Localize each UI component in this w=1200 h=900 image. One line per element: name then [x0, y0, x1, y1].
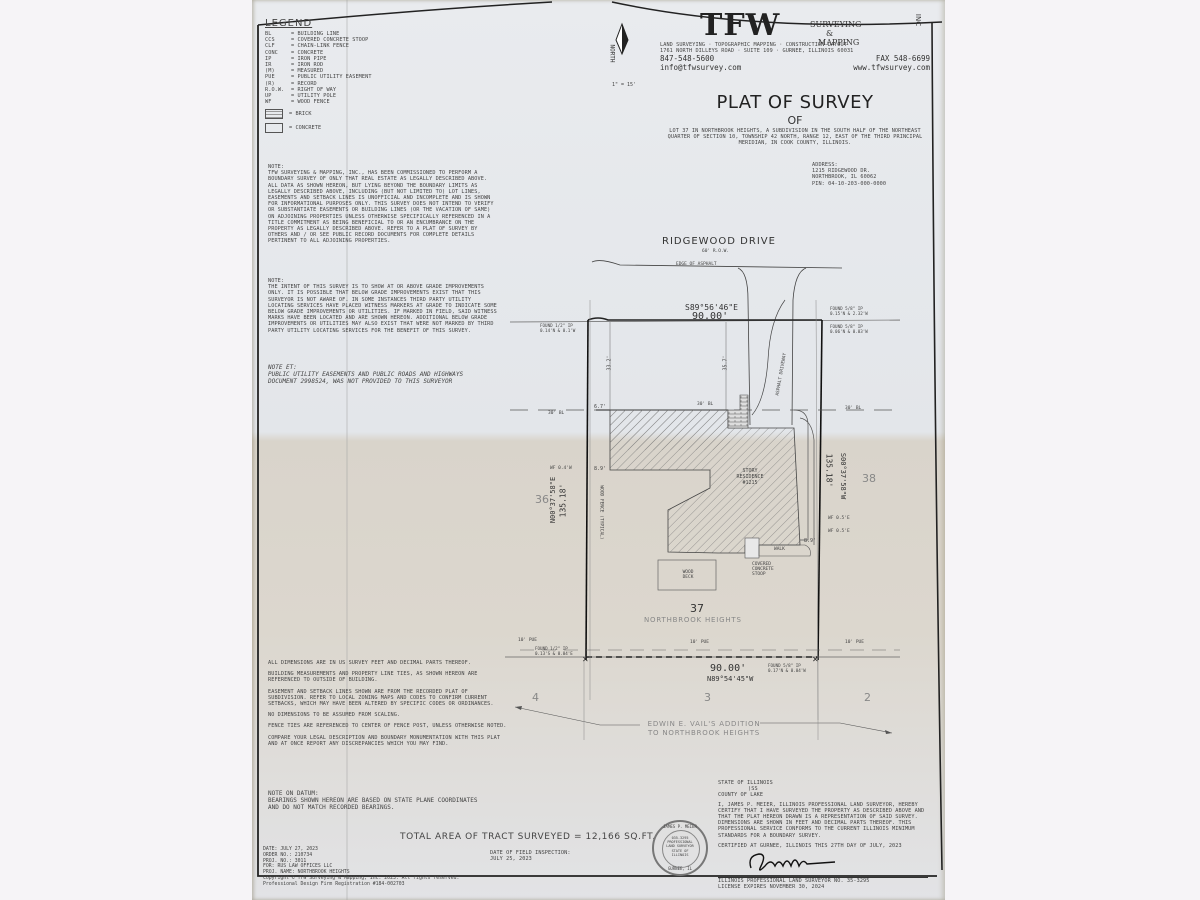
asphalt-edge-label: EDGE OF ASPHALT — [676, 262, 717, 267]
found-ne2-label: FOUND 5/8" IP 0.06'N & 0.03'W — [830, 324, 880, 334]
wf-west-label: WF 0.4'W — [550, 466, 572, 471]
west-bearing: N00°37'58"E — [549, 477, 557, 523]
walk-label: WALK — [774, 547, 785, 552]
field-inspection: DATE OF FIELD INSPECTION: JULY 25, 2023 — [490, 850, 571, 862]
south-bearing: N89°54'45"W — [707, 675, 753, 683]
stoop-label: COVERED CONCRETE STOOP — [752, 562, 786, 577]
fence-west-label: WOOD FENCE (TYPICAL) — [599, 485, 604, 539]
dim-6-7: 6.7' — [594, 404, 606, 410]
lot-2: 2 — [864, 691, 871, 704]
surveyor-seal-icon: JAMES P. MEIER 035-3295 PROFESSIONAL LAN… — [652, 820, 708, 876]
found-nw-label: FOUND 1/2" IP 0.14'N & 0.1'W — [540, 323, 586, 333]
dim-33-2: 33.2' — [607, 355, 613, 370]
addition-name: EDWIN E. VAIL'S ADDITION TO NORTHBROOK H… — [644, 720, 764, 738]
plat-drawing: ✕ ✕ — [0, 0, 1200, 900]
north-distance: 90.00' — [692, 311, 728, 322]
dim-8-9-east: 8.9' — [804, 538, 816, 544]
project-info: DATE: JULY 27, 2023 ORDER NO.: 210734 PR… — [263, 847, 473, 888]
pue-left: 10' PUE — [518, 638, 537, 643]
svg-text:✕: ✕ — [582, 655, 589, 664]
pue-mid: 10' PUE — [690, 640, 709, 645]
setback-right: 30' BL — [845, 406, 861, 411]
dim-8-9-west: 8.9' — [594, 466, 606, 472]
west-distance: 135.18' — [558, 484, 567, 518]
residence-label: STORY RESIDENCE #1215 — [730, 468, 770, 486]
found-ne1-label: FOUND 5/8" IP 0.15'N & 2.32'W — [830, 306, 880, 316]
lot-3: 3 — [704, 691, 711, 704]
total-area: TOTAL AREA OF TRACT SURVEYED = 12,166 SQ… — [400, 832, 656, 842]
street-row: 60' R.O.W. — [702, 249, 729, 254]
wf-east1-label: WF 0.5'E — [828, 516, 850, 521]
lot-4: 4 — [532, 691, 539, 704]
wf-east2-label: WF 0.5'E — [828, 529, 850, 534]
lot-38: 38 — [862, 472, 876, 485]
south-distance: 90.00' — [710, 663, 746, 674]
east-distance: 135.18' — [824, 454, 833, 488]
found-se-label: FOUND 5/8" IP 0.17'N & 0.04'W — [768, 663, 818, 673]
subdivision-name: NORTHBROOK HEIGHTS — [644, 616, 742, 624]
east-bearing: S00°37'58"W — [839, 453, 847, 499]
lot-36: 36 — [535, 493, 549, 506]
street-name: RIDGEWOOD DRIVE — [662, 236, 776, 247]
deck-label: WOOD DECK — [676, 570, 700, 580]
setback-left: 30' BL — [548, 411, 564, 416]
setback-mid: 30' BL — [697, 402, 713, 407]
dim-35-7: 35.7' — [723, 355, 729, 370]
surveyor-signature — [745, 848, 845, 878]
found-sw-label: FOUND 1/2" IP 0.13'S & 0.04'E — [535, 646, 581, 656]
pue-right: 10' PUE — [845, 640, 864, 645]
lot-37: 37 — [690, 602, 704, 615]
